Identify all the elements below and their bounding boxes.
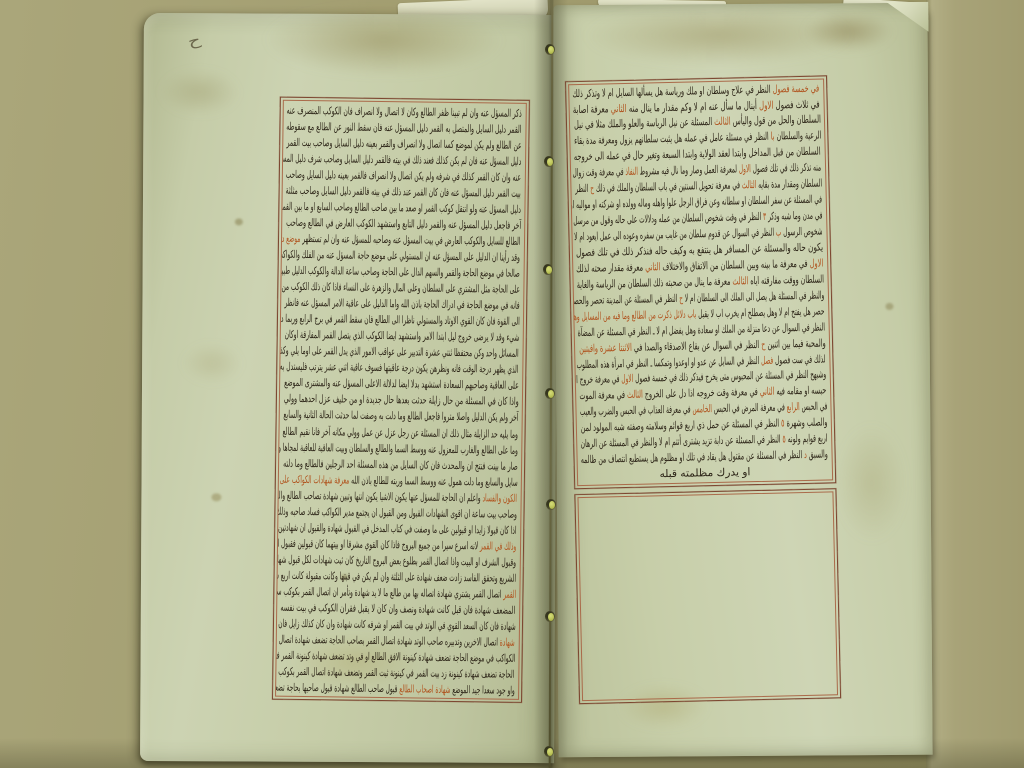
stitch-hole [545, 44, 556, 56]
ink-text: المسائل واحد وكن محتفظا ثنتي عشرة التدبي… [275, 345, 519, 360]
ink-text: وقد رأينا ان الدليل على المسؤل عنه ان ال… [276, 249, 521, 264]
ink-text: في معرفة وقت خروجه اذا دل على الخروج [643, 386, 758, 401]
ink-text: الكواكب في موضع الحاجة تضعف شهادة كينونة… [275, 650, 515, 665]
ink-text: اتصال القمر يشتري شهادة اتصاله بها من طا… [275, 585, 501, 600]
text-line: واو جود سعدا جيد الموضع شهادة اصحاب الطا… [280, 680, 515, 699]
rubricated-text: الرابع [784, 401, 799, 413]
water-stain [159, 69, 239, 115]
ink-text: النظر في المسئلة عن دابة تزيد يشترى أتتم… [581, 434, 781, 451]
ink-text: على الحاجة مثل المشتري على السلطان وعلى … [275, 281, 520, 296]
rubricated-text: فصل [759, 354, 773, 366]
ink-text: النظر في المسئلة عن المدينة تحصر والحصن … [568, 293, 678, 308]
ink-text: النظر في مسئلة عامل في عمله هل يثبت سلطا… [574, 131, 769, 147]
ink-text: الحاجة تضعف شهادة كينونة زد بيت القمر في… [275, 665, 515, 681]
ink-text: واعلم ان الحاجة للمسؤل عنها يكون الاشيا … [275, 489, 481, 504]
ink-text: المسئلة عن نيل الرياسة والعلو والملك مثل… [574, 116, 712, 131]
stitch-hole [543, 264, 554, 276]
ink-text: صار ما بينت فنتج ان والمحدث فان كان السا… [283, 457, 518, 472]
ink-text: اذا كان قبولا زايدا او قبولين على ما وصف… [275, 521, 517, 536]
water-stain [182, 343, 242, 383]
ink-text: السلطان ووقت مفارقته اياه [748, 273, 824, 287]
rubricated-text: با [768, 131, 774, 143]
ink-text: عنه وان كان القمر كذلك في شرفه ولم يكن ا… [286, 169, 521, 184]
ink-text: في معرفة العذاب في الحبس والضرب والعيب [579, 404, 690, 419]
book-cover-right-edge [926, 0, 1024, 768]
ink-text: الطالع للسايل والكوكب العارض في بيت المس… [300, 233, 520, 248]
stitch-hole [546, 499, 557, 511]
rubricated-text: الاول [808, 257, 824, 269]
thread [546, 266, 552, 274]
ink-text: النظر في المسئلة عن حمل ذي اربع قوائم وس… [580, 418, 779, 434]
ink-text: شهادة فان كان السعد القوي في الوتد في بي… [275, 618, 516, 633]
rubricated-text: النفاذ [624, 166, 639, 178]
rubricated-text: الاول [757, 99, 774, 111]
ink-text: اتصال الاخرين وتدبيره صاحب الوتد شهادة ا… [279, 634, 498, 649]
ink-text: النظر في السايل عن عدو او اوعدوا وتمكسا … [568, 355, 760, 372]
right-text-block: في خمسة فصول النظر في علاج وسلطان او ملك… [573, 81, 829, 483]
foxing-spot [211, 493, 221, 501]
ink-text: وشبهح النظر في المسئلة عن المحبوس متى يخ… [633, 369, 826, 385]
right-frames-wrapper: في خمسة فصول النظر في علاج وسلطان او ملك… [565, 75, 839, 704]
rubricated-text: الحمرة [275, 248, 276, 260]
ink-text: القمر دليل السايل والمتصل به القمر دليل … [287, 120, 522, 135]
ink-text: وصاحب بيت ساعة ان اقوى الشهادات القبول و… [276, 505, 517, 520]
ink-text: في ثلاث فصول [774, 98, 821, 111]
rubricated-text: في خمسة فصول [771, 82, 820, 95]
right-page: في خمسة فصول النظر في علاج وسلطان او ملك… [553, 3, 932, 758]
right-text-frame: في خمسة فصول النظر في علاج وسلطان او ملك… [565, 75, 836, 489]
rubricated-text: الثالث [730, 275, 748, 287]
manuscript-photo: { "colors": { "cover_tan": "#a19c6f", "p… [0, 0, 1024, 768]
ink-text: والنظر في المسئلة هل يصل الى الملك الى ا… [683, 289, 825, 304]
rubricated-text: الثاني [643, 261, 661, 273]
stitch-hole [545, 611, 556, 623]
ink-text: آخر فاجعل دليل المسؤل عنه والقمر دليل ال… [286, 217, 521, 232]
ink-text: دليل المسؤل عنه فان لم يكن كذلك فعند ذلك… [275, 152, 522, 167]
ink-text: والسبق [807, 449, 828, 461]
thread [548, 46, 554, 54]
ink-text: شخوص الرسول [782, 226, 823, 239]
ink-text: لمعرفة العمل وصار وما نال فيه مشروط [638, 164, 737, 178]
ink-text: وما على الطالع والغارب للمعزول عنه ووسط … [275, 441, 518, 456]
rubricated-text: الثالث [712, 116, 731, 128]
ink-text: لذلك في ست فصول [773, 353, 826, 366]
foxing-spot [885, 303, 893, 310]
rubricated-text: ح [759, 338, 766, 350]
foxing-spot [235, 218, 243, 225]
rubricated-text: باب دلائل ذكرت من الطالع وما فيه من المس… [568, 308, 697, 324]
left-text-block: ذكر المسؤل عنه وان لم تبينا ظفر الطالع و… [280, 102, 523, 697]
ink-text: قبول صاحب الطالع شهادة قبول صاحبها بحاجة… [275, 682, 398, 696]
rubricated-text: معرفة شهادات الكواكب على [279, 473, 349, 486]
stitch-hole [544, 156, 555, 168]
ink-text: دليل المسؤل عنه ولو انتقل كوكب القمر او … [275, 200, 521, 215]
ink-text: بيت القمر دليل المسؤل عنه فان كان القمر … [286, 185, 521, 200]
ink-text: في معرفة ما بينه وبين السلطان من الاتفاق… [661, 258, 809, 273]
ink-text: في معرفة تحويل السنتين في باب السلطان وا… [594, 180, 740, 195]
rubricated-text: وذلك في القمر [478, 540, 516, 552]
left-text-frame: ذكر المسؤل عنه وان لم تبينا ظفر الطالع و… [272, 97, 530, 703]
ink-text: واذا كان في المسئلة من حال زايلة حدثت بع… [283, 393, 518, 408]
ink-text: وقبول الشرف او البيت واذا اتصال القمر بط… [275, 553, 517, 569]
rubricated-text: الاول [619, 373, 633, 385]
ink-text: عن الطالع ولم يكن لموضع كسا اتصال ولا ان… [287, 136, 522, 151]
ink-text: حصر هل يفتح ام لا وهل يصطلح ام يخرب اب ل… [696, 305, 824, 320]
ink-text: الذي يظهر درجة الوقت فانه ونظرهن يكون در… [280, 361, 519, 376]
rubricated-text: الكون والفساد [481, 492, 517, 504]
ink-text: منه تذكر ذلك في تلك فصول [751, 162, 822, 176]
stitch-hole [544, 746, 555, 758]
ink-text: معرفة اصابة [573, 103, 609, 116]
ink-text: النظر في علاج وسلطان او ملك ورياسة هل يس… [573, 83, 771, 99]
ink-text: او يدرك مظلمته قبله [659, 466, 750, 480]
ink-text: معرفة مقدار صحته لذلك [576, 261, 643, 275]
ink-text: في معرفة الموت [580, 389, 626, 402]
ink-text: أينال ما سأل عنه ام لا وكم مقدار ما ينال… [627, 99, 758, 114]
left-page: ح ذكر المسؤل عنه وان لم تبينا ظفر الطالع… [140, 13, 558, 763]
ink-text: في الحبس [799, 401, 827, 414]
empty-ruled-box [574, 488, 841, 704]
ink-text: معرفة ما ينال من صحبته ذلك السلطان من ال… [577, 275, 731, 290]
water-stain [803, 11, 893, 52]
rubricated-text: الثاني [758, 386, 775, 398]
left-text-frame-inner-rule: ذكر المسؤل عنه وان لم تبينا ظفر الطالع و… [275, 99, 528, 700]
ink-text: فانه في موضع الحاجة في ادراك الحاجة باذن… [284, 297, 519, 312]
ink-text: سايل والسابع وما دلت همول عنه ووسط السما… [349, 474, 518, 488]
ink-text: لانه اسرع سيرا من جميع البروج فاذا كان ا… [275, 537, 479, 552]
rubricated-text: الاثنتا عشرة وافيتين [579, 341, 632, 354]
ink-text: آخر ولم يكن الدليل واصلا متروا فاجعل الط… [283, 409, 518, 424]
empty-ruled-box-inner-rule [577, 491, 838, 702]
ink-text: الى القوة فان كان القوي الاوتاد والمستول… [275, 313, 520, 328]
ink-text: في معرفة وقت زوال [573, 166, 624, 179]
ink-text: صالحا في موضع الحاجة والقمر والسهم الدال… [276, 265, 520, 280]
thread [549, 501, 555, 509]
rubricated-text: شهادة اصحاب الطالع [397, 684, 450, 697]
thread [548, 613, 554, 621]
ink-text: حبسه او مقامه فيه [775, 385, 827, 398]
rubricated-text: الثاني [609, 102, 627, 114]
ink-text: السلطان ومقدار مدة بقايه [756, 178, 822, 191]
margin-scribble: ح [186, 32, 202, 51]
rubricated-text: شهادة [498, 637, 515, 649]
ink-text: في معرفة المرض في الحبس [711, 402, 784, 416]
ink-text: شيء وقد لا يرضى خروج ليل ابتدا الامر واس… [284, 329, 519, 344]
ink-text: النظر في السوال عن بقاع الاصدقاء والصدا … [631, 339, 759, 354]
ink-text: النظر [575, 183, 588, 195]
corner-fold [886, 2, 928, 32]
thread [547, 748, 553, 756]
ink-text: في معرفة خروج المحبوس من [568, 374, 620, 388]
rubricated-text: موضع دليل [275, 233, 301, 245]
thread [547, 158, 553, 166]
rubricated-text: القمر [501, 589, 516, 601]
thread [548, 390, 554, 398]
rubricated-text: الخامس [690, 403, 712, 415]
ink-text: ذكر المسؤل عنه وان لم تبينا ظفر الطالع و… [287, 104, 522, 119]
water-stain [264, 4, 504, 77]
ink-text: وما يليه حد الزايلة مثال ذلك ان المسئلة … [282, 425, 518, 440]
ink-text: على العاقبة وصاحبهم السعادة استشهد بدلا … [284, 377, 519, 392]
rubricated-text: الثالث [740, 179, 757, 191]
ink-text: والصلب وشهرة [784, 417, 827, 430]
ink-text: السلطان والحل من قول واليأس [730, 114, 821, 128]
ink-text: الشريع وتحقق الفاسد زادت ضعف شهادة على ا… [275, 569, 516, 584]
right-text-frame-inner-rule: في خمسة فصول النظر في علاج وسلطان او ملك… [568, 78, 834, 487]
rubricated-text: الثالث [625, 389, 643, 401]
ink-text: النظر في السوال عن قدوم سلطان من غايب من… [568, 227, 775, 244]
ink-text: واو جود سعدا جيد الموضع [450, 684, 514, 697]
water-stain [583, 3, 853, 67]
ink-text: النظر في المسئلة عن مقتول هل يقاد في تلك… [581, 449, 803, 466]
ink-text: والمحبة فيما بين اثنين [765, 337, 826, 350]
ink-text: في مدن وما شبه وذكر [766, 210, 822, 223]
ink-text: النظر في وقت شخوص السلطان من عمله ودلالا… [568, 211, 762, 227]
ink-text: اربع قوايم ولونه [786, 433, 828, 446]
water-stain [836, 423, 907, 543]
ink-text: المضعف شهادة فان قبل كانت شهادة ونصف وان… [281, 602, 516, 617]
ink-text: الرعية والسلطان [774, 130, 821, 143]
rubricated-text: الاول [737, 163, 751, 175]
stitch-hole [545, 388, 556, 400]
